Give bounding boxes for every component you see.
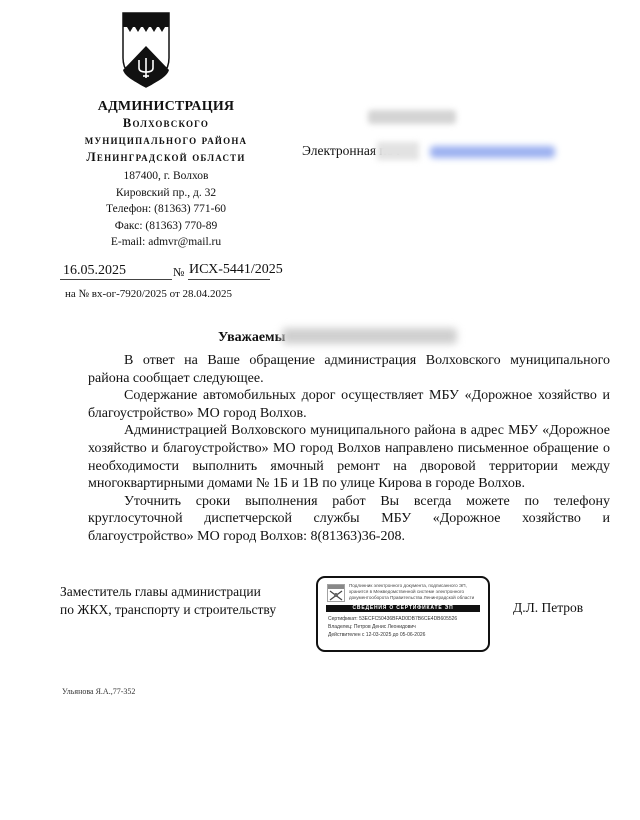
- salutation-name-redacted: [282, 328, 457, 344]
- position-line: по ЖКХ, транспорту и строительству: [60, 601, 276, 619]
- recipient-name-redacted: [368, 110, 456, 124]
- certificate-title: СВЕДЕНИЯ О СЕРТИФИКАТЕ ЭП: [326, 605, 480, 612]
- organization-address: 187400, г. Волхов Кировский пр., д. 32 Т…: [60, 168, 272, 251]
- org-line: Ленинградской области: [60, 149, 272, 166]
- coat-of-arms-icon: [122, 12, 170, 88]
- outgoing-number: ИСХ-5441/2025: [189, 262, 283, 278]
- address-line: Кировский пр., д. 32: [60, 185, 272, 202]
- signatory-name: Д.Л. Петров: [513, 600, 583, 616]
- address-line: Телефон: (81363) 771-60: [60, 201, 272, 218]
- position-line: Заместитель главы администрации: [60, 583, 276, 601]
- address-line: 187400, г. Волхов: [60, 168, 272, 185]
- recipient-email-redacted: [430, 146, 555, 158]
- body-paragraph: Уточнить сроки выполнения работ Вы всегд…: [88, 493, 610, 546]
- executor-info: Ульянова Я.А.,77-352: [62, 687, 135, 696]
- signatory-position: Заместитель главы администрации по ЖКХ, …: [60, 583, 276, 619]
- letter-body: В ответ на Ваше обращение администрация …: [88, 352, 610, 546]
- certificate-owner: Владелец: Петров Денис Леонидович: [328, 623, 457, 631]
- leningrad-region-emblem-icon: [327, 584, 345, 602]
- body-paragraph: Администрацией Волховского муниципальног…: [88, 422, 610, 492]
- certificate-serial: Сертификат: 53ECFC50436BFAD0DB7B6CE4DB60…: [328, 615, 457, 623]
- body-paragraph: Содержание автомобильных дорог осуществл…: [88, 387, 610, 422]
- certificate-header: Подлинник электронного документа, подпис…: [349, 583, 487, 601]
- address-line: Факс: (81363) 770-89: [60, 218, 272, 235]
- recipient-email-redaction: [377, 142, 419, 160]
- certificate-validity: Действителен с 12-03-2025 до 05-06-2026: [328, 631, 457, 639]
- number-sign: №: [173, 265, 184, 280]
- org-line: АДМИНИСТРАЦИЯ: [60, 98, 272, 115]
- document-date: 16.05.2025: [63, 263, 126, 279]
- org-line: муниципального района: [60, 132, 272, 149]
- body-paragraph: В ответ на Ваше обращение администрация …: [88, 352, 610, 387]
- certificate-details: Сертификат: 53ECFC50436BFAD0DB7B6CE4DB60…: [328, 615, 457, 639]
- digital-signature-stamp: Подлинник электронного документа, подпис…: [316, 576, 490, 652]
- organization-name: АДМИНИСТРАЦИЯ Волховского муниципального…: [60, 98, 272, 166]
- date-underline: [60, 279, 172, 280]
- address-line: E-mail: admvr@mail.ru: [60, 234, 272, 251]
- number-underline: [188, 279, 270, 280]
- salutation: Уважаемы: [218, 330, 286, 346]
- org-line: Волховского: [60, 115, 272, 132]
- incoming-reference: на № вх-ог-7920/2025 от 28.04.2025: [65, 288, 232, 300]
